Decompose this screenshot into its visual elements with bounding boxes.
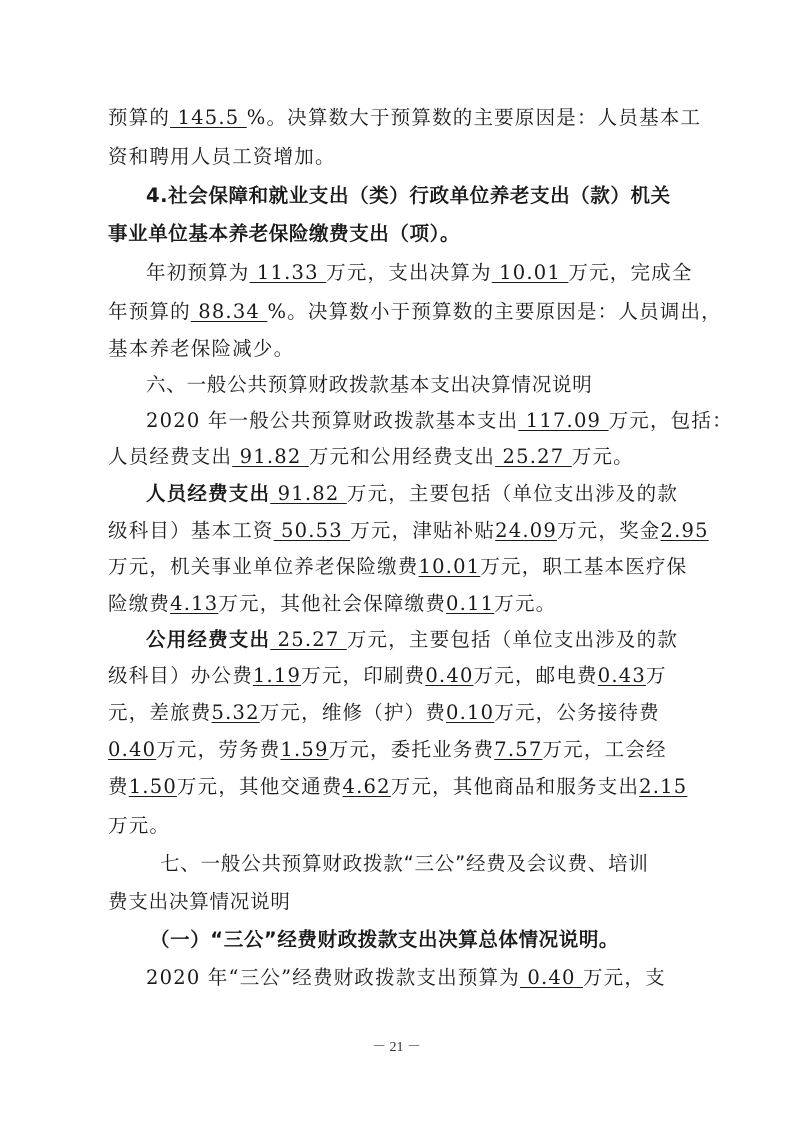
underlined-value: 5.32 [212,701,260,724]
underlined-value: 7.57 [494,738,542,761]
underlined-value: 10.01 [419,555,481,578]
underlined-value: 2.15 [639,775,687,798]
text: 万元，支 [583,966,666,989]
paragraph-line: 0.40万元，劳务费1.59万元，委托业务费7.57万元，工会经 [108,737,692,763]
underlined-value: 0.40 [520,966,583,989]
text: 万元，主要包括（单位支出涉及的款 [347,628,678,651]
text: 预算的 [108,106,170,129]
section-7-heading-line2: 费支出决算情况说明 [108,889,692,915]
document-page: 预算的 145.5 %。决算数大于预算数的主要原因是：人员基本工 资和聘用人员工… [0,0,793,1122]
text: 万元，其他商品和服务支出 [391,775,639,798]
underlined-value: 4.13 [170,592,218,615]
underlined-value: 91.82 [270,482,347,505]
underlined-value: 1.59 [280,738,328,761]
text: 万元，机关事业单位养老保险缴费 [108,555,419,578]
paragraph-line: 级科目）办公费1.19万元，印刷费0.40万元，邮电费0.43万 [108,663,692,689]
underlined-value: 1.19 [253,664,301,687]
underlined-value: 117.09 [518,409,608,432]
subheading-4-line2: 事业单位基本养老保险缴费支出（项）。 [108,221,692,247]
paragraph-line: 险缴费4.13万元，其他社会保障缴费0.11万元。 [108,591,692,617]
text: 级科目）基本工资 [108,519,274,542]
section-7-heading-line1: 七、一般公共预算财政拨款“三公”经费及会议费、培训 [160,851,706,877]
paragraph-line: 2020 年一般公共预算财政拨款基本支出 117.09 万元，包括： [146,408,692,434]
paragraph-line: 万元。 [108,813,692,839]
underlined-value: 2.95 [660,519,708,542]
text: 万元，工会经 [542,738,666,761]
text: 万元，公务接待费 [494,701,660,724]
text: 万元，维修（护）费 [260,701,446,724]
paragraph-line: 级科目）基本工资 50.53 万元，津贴补贴24.09万元，奖金2.95 [108,518,692,544]
underlined-value: 24.09 [495,519,557,542]
underlined-value: 0.40 [425,664,473,687]
text: 元，差旅费 [108,701,212,724]
text: %。决算数大于预算数的主要原因是：人员基本工 [247,106,701,129]
paragraph-line: 元，差旅费5.32万元，维修（护）费0.10万元，公务接待费 [108,700,692,726]
text: 2020 年一般公共预算财政拨款基本支出 [146,409,518,432]
paragraph-line: 年预算的 88.34 %。决算数小于预算数的主要原因是：人员调出， [108,299,692,325]
text: 万元，支出决算为 [326,261,492,284]
underlined-value: 88.34 [191,300,268,323]
paragraph-line: 基本养老保险减少。 [108,336,692,362]
underlined-value: 11.33 [250,261,327,284]
text: 2020 年“三公”经费财政拨款支出预算为 [146,966,520,989]
subheading-1: （一）“三公”经费财政拨款支出决算总体情况说明。 [150,927,696,953]
text: 费 [108,775,129,798]
subheading-4-line1: 4.社会保障和就业支出（类）行政单位养老支出（款）机关 [146,183,692,209]
text: 万元。 [494,592,556,615]
paragraph-line: 费1.50万元，其他交通费4.62万元，其他商品和服务支出2.15 [108,774,692,800]
paragraph-line: 2020 年“三公”经费财政拨款支出预算为 0.40 万元，支 [146,965,692,991]
paragraph-line: 万元，机关事业单位养老保险缴费10.01万元，职工基本医疗保 [108,554,692,580]
text: 年预算的 [108,300,191,323]
text: 人员经费支出 [108,445,232,468]
text: 年初预算为 [146,261,250,284]
underlined-value: 0.40 [108,738,156,761]
paragraph-line: 年初预算为 11.33 万元，支出决算为 10.01 万元，完成全 [146,260,692,286]
underlined-value: 4.62 [343,775,391,798]
underlined-value: 50.53 [274,519,351,542]
underlined-value: 25.27 [495,445,572,468]
text: 万元，包括： [609,409,733,432]
page-number: － 21 － [0,1036,793,1056]
text: 万元，职工基本医疗保 [480,555,687,578]
paragraph-line: 资和聘用人员工资增加。 [108,144,692,170]
paragraph-line: 人员经费支出 91.82 万元，主要包括（单位支出涉及的款 [146,481,692,507]
text: 万 [646,664,667,687]
text: 万元，其他交通费 [177,775,343,798]
underlined-value: 1.50 [129,775,177,798]
text: 万元，印刷费 [301,664,425,687]
text: %。决算数小于预算数的主要原因是：人员调出， [267,300,721,323]
underlined-value: 0.10 [446,701,494,724]
underlined-value: 10.01 [492,261,569,284]
paragraph-line: 预算的 145.5 %。决算数大于预算数的主要原因是：人员基本工 [108,105,692,131]
text: 万元，津贴补贴 [350,519,495,542]
underlined-value: 25.27 [270,628,347,651]
text: 万元，劳务费 [156,738,280,761]
text: 万元，完成全 [568,261,692,284]
text: 万元和公用经费支出 [309,445,495,468]
underlined-value: 91.82 [232,445,309,468]
underlined-value: 0.43 [598,664,646,687]
bold-label: 公用经费支出 [146,628,270,651]
text: 万元，其他社会保障缴费 [218,592,446,615]
paragraph-line: 公用经费支出 25.27 万元，主要包括（单位支出涉及的款 [146,627,692,653]
text: 万元，主要包括（单位支出涉及的款 [347,482,678,505]
text: 万元，邮电费 [474,664,598,687]
underlined-value: 145.5 [170,106,247,129]
text: 险缴费 [108,592,170,615]
paragraph-line: 人员经费支出 91.82 万元和公用经费支出 25.27 万元。 [108,444,692,470]
bold-label: 人员经费支出 [146,482,270,505]
text: 万元，奖金 [557,519,661,542]
text: 万元。 [572,445,634,468]
underlined-value: 0.11 [446,592,494,615]
text: 级科目）办公费 [108,664,253,687]
text: 万元，委托业务费 [329,738,495,761]
section-6-heading: 六、一般公共预算财政拨款基本支出决算情况说明 [146,372,692,398]
